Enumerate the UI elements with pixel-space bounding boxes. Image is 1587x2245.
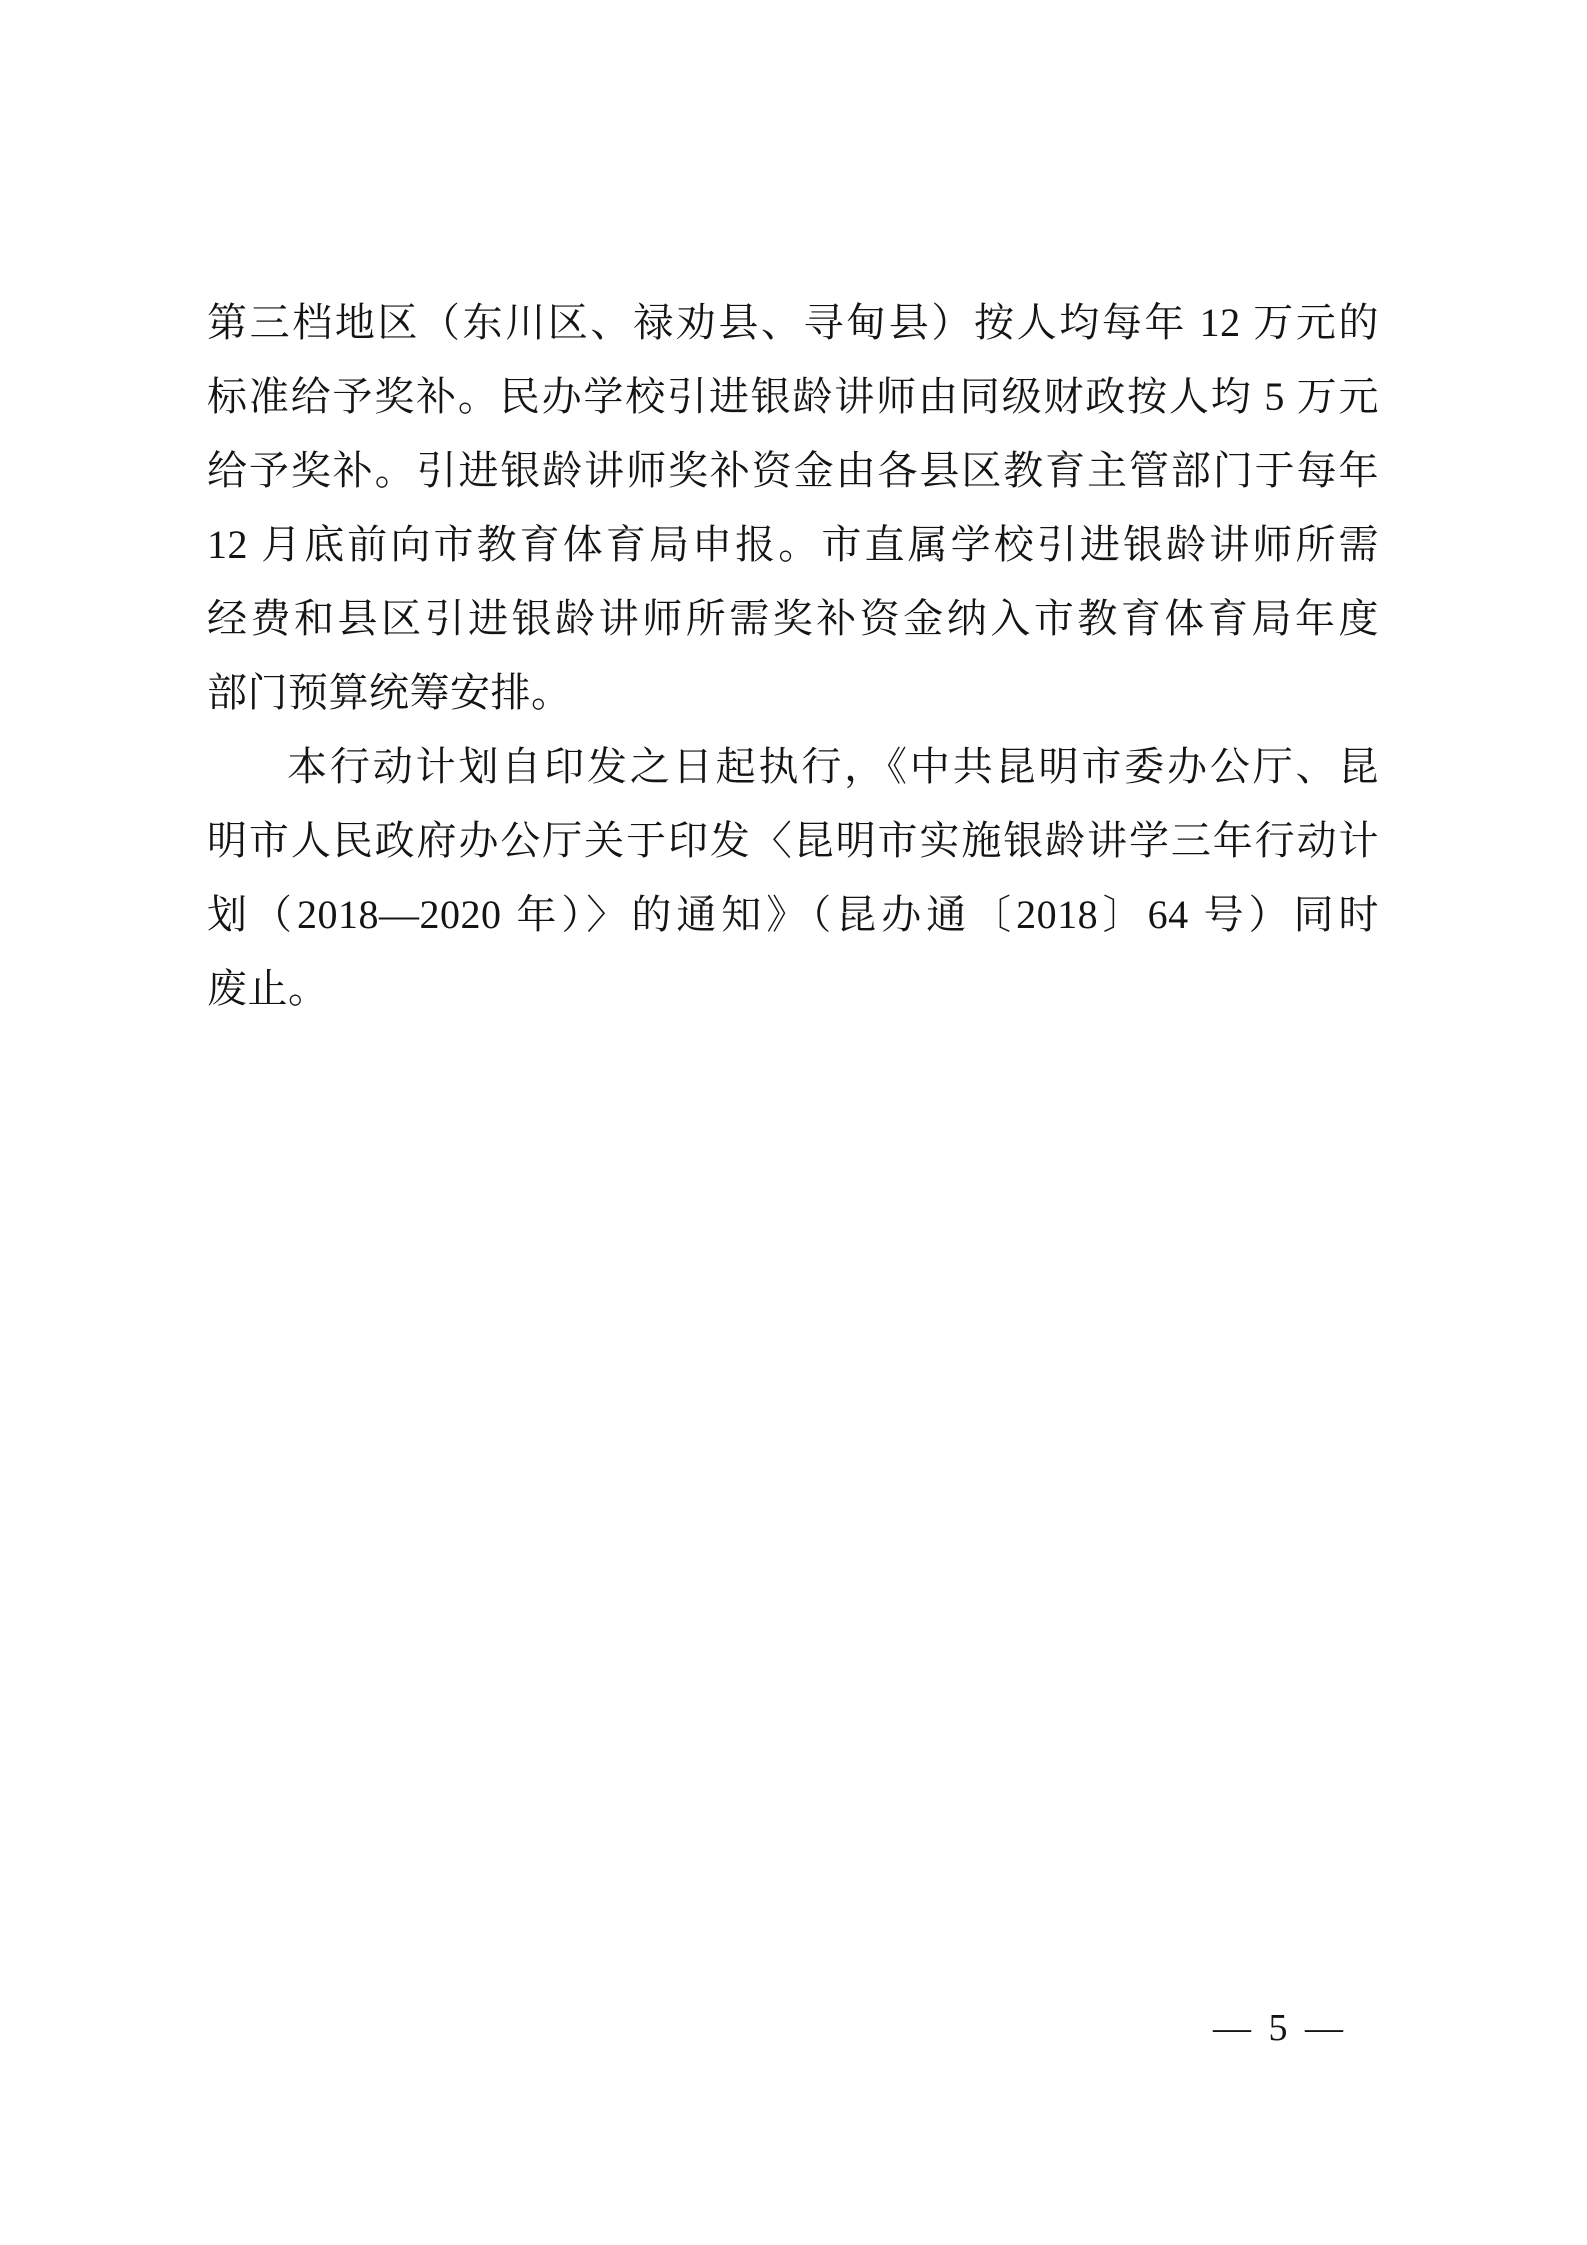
text-line: 标准给予奖补。民办学校引进银龄讲师由同级财政按人均 5 万元	[207, 360, 1379, 434]
text-line: 部门预算统筹安排。	[207, 656, 1379, 730]
paragraph-1: 第三档地区（东川区、禄劝县、寻甸县）按人均每年 12 万元的 标准给予奖补。民办…	[207, 286, 1379, 730]
text-line: 经费和县区引进银龄讲师所需奖补资金纳入市教育体育局年度	[207, 582, 1379, 656]
text-line: 废止。	[207, 952, 1379, 1026]
text-line: 12 月底前向市教育体育局申报。市直属学校引进银龄讲师所需	[207, 508, 1379, 582]
page-number: — 5 —	[1213, 2008, 1343, 2048]
text-line: 划（2018—2020 年）〉的通知》（昆办通〔2018〕64 号）同时	[207, 878, 1379, 952]
text-line: 给予奖补。引进银龄讲师奖补资金由各县区教育主管部门于每年	[207, 434, 1379, 508]
document-body: 第三档地区（东川区、禄劝县、寻甸县）按人均每年 12 万元的 标准给予奖补。民办…	[207, 286, 1379, 1026]
paragraph-2: 本行动计划自印发之日起执行，《中共昆明市委办公厅、昆 明市人民政府办公厅关于印发…	[207, 730, 1379, 1026]
text-line: 本行动计划自印发之日起执行，《中共昆明市委办公厅、昆	[207, 730, 1379, 804]
text-line: 明市人民政府办公厅关于印发〈昆明市实施银龄讲学三年行动计	[207, 804, 1379, 878]
document-page: 第三档地区（东川区、禄劝县、寻甸县）按人均每年 12 万元的 标准给予奖补。民办…	[0, 0, 1587, 2245]
text-line: 第三档地区（东川区、禄劝县、寻甸县）按人均每年 12 万元的	[207, 286, 1379, 360]
